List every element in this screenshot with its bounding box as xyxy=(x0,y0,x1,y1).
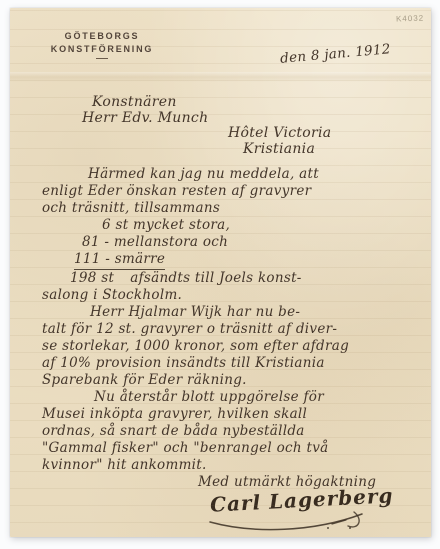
handwritten-line: och träsnitt, tillsammans xyxy=(42,200,420,217)
letterhead-line1: GÖTEBORGS xyxy=(38,30,166,43)
tally-row-large: 6 st mycket stora, xyxy=(102,217,420,234)
handwritten-line: talt för 12 st. gravyrer o träsnitt af d… xyxy=(42,321,420,338)
handwritten-line: salong i Stockholm. xyxy=(42,287,420,304)
tally-row-small: 111 - smärre xyxy=(74,251,420,270)
tally-sum-underline: 111 - smärre xyxy=(74,251,165,270)
handwritten-line: af 10% provision insändts till Kristiani… xyxy=(42,355,420,372)
letterhead-divider xyxy=(96,58,108,59)
recipient-hotel: Hôtel Victoria xyxy=(228,126,331,142)
signature-row: Carl Lagerberg xyxy=(210,492,420,532)
handwritten-line: Musei inköpta gravyrer, hvilken skall xyxy=(42,406,420,423)
date-line: den 8 jan. 1912 xyxy=(280,41,392,67)
recipient-title: Konstnären xyxy=(92,95,331,111)
tally-total-line: 198 stafsändts till Joels konst- xyxy=(70,270,420,287)
handwritten-line: kvinnor" hit ankommit. xyxy=(42,457,420,474)
handwritten-line: afsändts till Joels konst- xyxy=(130,270,301,286)
letter-paper: GÖTEBORGS KONSTFÖRENING K4032 den 8 jan.… xyxy=(10,8,431,537)
archive-annotation: K4032 xyxy=(396,14,424,24)
handwritten-line: enligt Eder önskan resten af gravyrer xyxy=(42,183,420,200)
signature: Carl Lagerberg xyxy=(210,487,394,514)
handwritten-line: se storlekar, 1000 kronor, som efter afd… xyxy=(42,338,420,355)
letterhead: GÖTEBORGS KONSTFÖRENING xyxy=(38,30,166,59)
recipient-city: Kristiania xyxy=(243,142,331,158)
tally-row-medium: 81 - mellanstora och xyxy=(82,234,420,251)
handwritten-line: Nu återstår blott uppgörelse för xyxy=(42,389,420,406)
letter-body: Härmed kan jag nu meddela, att enligt Ed… xyxy=(42,166,420,532)
recipient-name: Herr Edv. Munch xyxy=(82,111,331,127)
handwritten-line: "Gammal fisker" och "benrangel och två xyxy=(42,440,420,457)
handwritten-line: Herr Hjalmar Wijk har nu be- xyxy=(42,304,420,321)
letterhead-line2: KONSTFÖRENING xyxy=(38,43,166,56)
paper-crease xyxy=(10,72,431,82)
handwritten-line: ordnas, så snart de båda nybeställda xyxy=(42,423,420,440)
handwritten-line: Härmed kan jag nu meddela, att xyxy=(42,166,420,183)
recipient-block: Konstnären Herr Edv. Munch Hôtel Victori… xyxy=(82,95,331,157)
handwritten-line: Sparebank för Eder räkning. xyxy=(42,372,420,389)
letter-scan: GÖTEBORGS KONSTFÖRENING K4032 den 8 jan.… xyxy=(0,0,440,549)
tally-total: 198 st xyxy=(70,270,114,286)
